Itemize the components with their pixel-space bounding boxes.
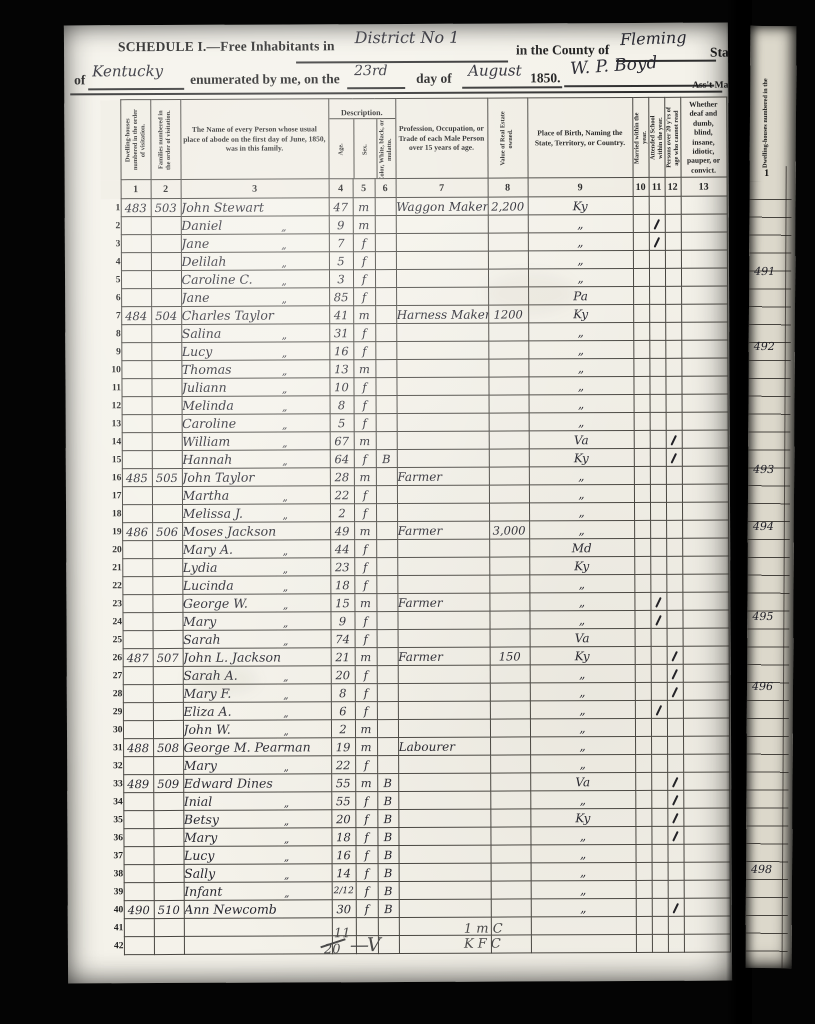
cell-sex: f bbox=[355, 792, 377, 810]
cell-age: 16 bbox=[331, 846, 355, 864]
surname-ditto-mark: „ bbox=[283, 510, 288, 521]
cell-family-number: 506 bbox=[152, 522, 182, 540]
cell-dwelling-number bbox=[122, 595, 152, 613]
column-number-13: 13 bbox=[681, 177, 727, 196]
cell-cannot-read-write bbox=[666, 394, 682, 412]
cell-line-number: 23 bbox=[102, 595, 122, 613]
cell-married-within-year bbox=[633, 232, 649, 250]
cell-family-number bbox=[151, 234, 181, 252]
column-number-2: 2 bbox=[151, 179, 181, 198]
underline bbox=[462, 86, 562, 88]
census-table: Dwelling-houses numbered in the order of… bbox=[100, 97, 730, 956]
name-text: Mary bbox=[184, 830, 217, 845]
cell-age: 49 bbox=[330, 522, 354, 540]
cell-dwelling-number bbox=[123, 793, 153, 811]
cell-name: Thomas„ bbox=[181, 360, 329, 379]
cell-sex: m bbox=[354, 468, 376, 486]
cell-attended-school bbox=[649, 250, 665, 268]
cell-line-number: 4 bbox=[101, 253, 121, 271]
name-text: Delilah bbox=[181, 254, 226, 269]
cell-occupation bbox=[396, 377, 488, 395]
cell-dwelling-number bbox=[121, 253, 151, 271]
cell-married-within-year bbox=[633, 304, 649, 322]
cell-name: George W.„ bbox=[182, 594, 330, 613]
cell-married-within-year bbox=[634, 484, 650, 502]
cell-remarks bbox=[682, 502, 728, 520]
pencil-denominator: 20 bbox=[324, 942, 341, 957]
cell-color: B bbox=[376, 450, 397, 468]
name-text: Jane bbox=[181, 236, 209, 251]
cannot-read-tick-mark bbox=[672, 777, 679, 788]
cannot-read-tick-mark bbox=[671, 651, 678, 662]
cell-color: B bbox=[377, 792, 398, 810]
cell-family-number bbox=[152, 414, 182, 432]
surname-ditto-mark: „ bbox=[281, 222, 286, 233]
cell-real-estate-value bbox=[490, 737, 530, 755]
cell-color bbox=[376, 504, 397, 522]
cell-sex: f bbox=[353, 378, 375, 396]
cell-birthplace bbox=[531, 916, 636, 934]
name-text: Caroline bbox=[182, 416, 236, 431]
cell-real-estate-value bbox=[490, 773, 530, 791]
cell-family-number bbox=[151, 342, 181, 360]
year-label: 1850. bbox=[530, 70, 560, 86]
cell-attended-school bbox=[651, 700, 667, 718]
name-text: John Stewart bbox=[181, 200, 264, 215]
cell-line-number: 9 bbox=[101, 343, 121, 361]
cell-married-within-year bbox=[633, 376, 649, 394]
cell-family-number: 509 bbox=[153, 774, 183, 792]
cell-birthplace: „ bbox=[528, 268, 633, 286]
cell-married-within-year bbox=[635, 628, 651, 646]
name-text: Sarah A. bbox=[183, 668, 238, 683]
cell-occupation bbox=[396, 287, 488, 305]
cell-cannot-read-write bbox=[666, 412, 682, 430]
surname-ditto-mark: „ bbox=[283, 708, 288, 719]
cell-family-number bbox=[152, 612, 182, 630]
cell-age: 64 bbox=[330, 450, 354, 468]
cell-color bbox=[376, 612, 397, 630]
cell-family-number bbox=[151, 378, 181, 396]
cell-family-number bbox=[153, 702, 183, 720]
cell-sex: f bbox=[355, 666, 377, 684]
cell-birthplace: „ bbox=[528, 376, 633, 394]
column-number-11: 11 bbox=[649, 177, 665, 196]
cell-name: Caroline C.„ bbox=[181, 270, 329, 289]
cell-attended-school bbox=[652, 862, 668, 880]
surname-ditto-mark: „ bbox=[283, 582, 288, 593]
cell-line-number: 7 bbox=[101, 307, 121, 325]
cell-family-number bbox=[153, 720, 183, 738]
cell-attended-school bbox=[650, 556, 666, 574]
cell-attended-school bbox=[651, 772, 667, 790]
cannot-read-tick-mark bbox=[671, 453, 678, 464]
cell-married-within-year bbox=[636, 844, 652, 862]
cell-occupation bbox=[397, 539, 489, 557]
cell-color bbox=[376, 486, 397, 504]
cell-remarks bbox=[681, 250, 727, 268]
name-text: Lydia bbox=[183, 560, 218, 575]
cell-attended-school bbox=[650, 574, 666, 592]
name-text: Eliza A. bbox=[183, 704, 231, 719]
census-sheet: SCHEDULE I.—Free Inhabitants in District… bbox=[64, 23, 732, 984]
cell-birthplace: „ bbox=[529, 484, 634, 502]
surname-ditto-mark: „ bbox=[282, 420, 287, 431]
cell-color: B bbox=[378, 864, 399, 882]
cell-dwelling-number bbox=[121, 343, 151, 361]
cell-name: John Stewart bbox=[181, 198, 329, 217]
of-label: of bbox=[74, 72, 85, 88]
name-text: Infant bbox=[184, 884, 222, 899]
cell-name: Lucy„ bbox=[181, 342, 329, 361]
name-text: Lucy bbox=[184, 848, 214, 863]
cell-cannot-read-write bbox=[666, 502, 682, 520]
cell-married-within-year bbox=[633, 268, 649, 286]
cell-line-number: 29 bbox=[103, 703, 123, 721]
cell-name: Moses Jackson bbox=[182, 522, 330, 541]
cell-cannot-read-write bbox=[667, 646, 683, 664]
cell-line-number: 40 bbox=[104, 901, 124, 919]
surname-ditto-mark: „ bbox=[282, 330, 287, 341]
cell-attended-school bbox=[652, 880, 668, 898]
cell-sex: f bbox=[354, 576, 376, 594]
schedule-title: SCHEDULE I.—Free Inhabitants in bbox=[118, 38, 335, 55]
cell-occupation bbox=[397, 485, 489, 503]
cannot-read-tick-mark bbox=[672, 813, 679, 824]
cell-remarks bbox=[681, 340, 727, 358]
cell-occupation: Farmer bbox=[397, 467, 489, 485]
surname-ditto-mark: „ bbox=[281, 240, 286, 251]
cell-occupation bbox=[397, 575, 489, 593]
cell-age: 2 bbox=[331, 720, 355, 738]
cell-dwelling-number bbox=[121, 379, 151, 397]
cell-line-number: 1 bbox=[101, 199, 121, 217]
cell-dwelling-number: 484 bbox=[121, 307, 151, 325]
cell-line-number: 28 bbox=[103, 685, 123, 703]
cell-name: Infant„ bbox=[184, 882, 332, 901]
cell-name: George M. Pearman bbox=[183, 738, 331, 757]
cell-birthplace: „ bbox=[529, 394, 634, 412]
cell-married-within-year bbox=[633, 214, 649, 232]
cell-remarks bbox=[683, 700, 729, 718]
name-text: John L. Jackson bbox=[183, 650, 281, 665]
cell-real-estate-value bbox=[490, 755, 530, 773]
cell-line-number: 34 bbox=[103, 793, 123, 811]
cell-line-number: 11 bbox=[101, 379, 121, 397]
name-text: Lucinda bbox=[183, 578, 234, 593]
cell-birthplace: „ bbox=[530, 736, 635, 754]
cell-family-number bbox=[152, 576, 182, 594]
next-page-dwelling-number: 492 bbox=[754, 340, 775, 353]
cell-dwelling-number: 485 bbox=[122, 469, 152, 487]
surname-ditto-mark: „ bbox=[283, 564, 288, 575]
cell-occupation bbox=[397, 395, 489, 413]
cell-name: Sally„ bbox=[184, 864, 332, 883]
cell-age: 8 bbox=[331, 684, 355, 702]
cell-age: 3 bbox=[329, 270, 353, 288]
name-text: John W. bbox=[183, 722, 230, 737]
cell-married-within-year bbox=[635, 682, 651, 700]
cell-sex: f bbox=[356, 900, 378, 918]
surname-ditto-mark: „ bbox=[284, 888, 289, 899]
name-text: Mary bbox=[184, 758, 217, 773]
cell-real-estate-value bbox=[489, 557, 529, 575]
school-tick-mark bbox=[656, 705, 663, 716]
next-page-dwelling-number: 494 bbox=[753, 520, 774, 533]
cell-sex: f bbox=[354, 540, 376, 558]
cell-cannot-read-write bbox=[667, 826, 683, 844]
col-header-cannot-read: Persons over 20 y'rs of age who cannot r… bbox=[664, 97, 680, 177]
cell-dwelling-number bbox=[121, 217, 151, 235]
next-page-dwelling-number: 495 bbox=[752, 610, 773, 623]
cell-name: Daniel„ bbox=[181, 216, 329, 235]
cell-cannot-read-write bbox=[666, 610, 682, 628]
cell-color bbox=[376, 540, 397, 558]
cell-age: 67 bbox=[330, 432, 354, 450]
cell-real-estate-value bbox=[488, 323, 528, 341]
cell-married-within-year bbox=[633, 196, 649, 214]
cell-occupation bbox=[398, 683, 490, 701]
cell-married-within-year bbox=[635, 664, 651, 682]
cell-dwelling-number bbox=[123, 685, 153, 703]
cell-married-within-year bbox=[634, 448, 650, 466]
surname-ditto-mark: „ bbox=[283, 618, 288, 629]
surname-ditto-mark: „ bbox=[282, 402, 287, 413]
cell-attended-school bbox=[649, 214, 665, 232]
cell-cannot-read-write bbox=[668, 880, 684, 898]
cell-dwelling-number bbox=[123, 847, 153, 865]
cell-age: 15 bbox=[330, 594, 354, 612]
cell-family-number bbox=[152, 450, 182, 468]
cell-real-estate-value bbox=[489, 413, 529, 431]
cell-married-within-year bbox=[635, 646, 651, 664]
cell-occupation bbox=[397, 557, 489, 575]
cell-sex: f bbox=[354, 558, 376, 576]
cell-married-within-year bbox=[636, 934, 652, 952]
cell-name bbox=[184, 918, 332, 937]
cell-occupation bbox=[399, 899, 491, 917]
cell-sex: f bbox=[355, 846, 377, 864]
cell-attended-school bbox=[651, 682, 667, 700]
cell-real-estate-value bbox=[490, 629, 530, 647]
cell-remarks bbox=[683, 790, 729, 808]
cell-family-number: 508 bbox=[153, 738, 183, 756]
surname-ditto-mark: „ bbox=[284, 852, 289, 863]
cell-occupation bbox=[397, 503, 489, 521]
cell-dwelling-number bbox=[123, 703, 153, 721]
cell-attended-school bbox=[651, 826, 667, 844]
cell-age: 55 bbox=[331, 792, 355, 810]
surname-ditto-mark: „ bbox=[282, 384, 287, 395]
cell-attended-school bbox=[650, 394, 666, 412]
cell-attended-school bbox=[651, 736, 667, 754]
description-group-label: Description. bbox=[329, 107, 395, 119]
cell-cannot-read-write bbox=[667, 718, 683, 736]
cell-birthplace: „ bbox=[528, 340, 633, 358]
cell-attended-school bbox=[652, 934, 668, 952]
cell-married-within-year bbox=[634, 466, 650, 484]
column-number-5: 5 bbox=[353, 179, 375, 198]
cell-attended-school bbox=[649, 322, 665, 340]
cell-line-number: 33 bbox=[103, 775, 123, 793]
cell-birthplace: Pa bbox=[528, 286, 633, 304]
cell-age: 18 bbox=[331, 828, 355, 846]
cell-color bbox=[376, 432, 397, 450]
cell-family-number bbox=[152, 486, 182, 504]
cell-remarks bbox=[681, 358, 727, 376]
surname-ditto-mark: „ bbox=[283, 726, 288, 737]
surname-ditto-mark: „ bbox=[282, 366, 287, 377]
cell-occupation: Harness Maker bbox=[396, 305, 488, 323]
name-text: Juliann bbox=[182, 380, 227, 395]
cell-remarks bbox=[682, 538, 728, 556]
cell-occupation bbox=[398, 629, 490, 647]
cell-occupation: Waggon Maker bbox=[396, 197, 488, 215]
cell-sex: m bbox=[355, 774, 377, 792]
name-text: Caroline C. bbox=[181, 272, 252, 287]
cell-line-number: 21 bbox=[102, 559, 122, 577]
cell-color bbox=[375, 198, 396, 216]
cell-sex: f bbox=[353, 234, 375, 252]
cell-family-number bbox=[151, 288, 181, 306]
cell-married-within-year bbox=[636, 898, 652, 916]
cell-family-number bbox=[152, 594, 182, 612]
cell-cannot-read-write bbox=[665, 340, 681, 358]
cell-birthplace: „ bbox=[528, 322, 633, 340]
cell-line-number: 20 bbox=[102, 541, 122, 559]
next-page-dwelling-number: 493 bbox=[753, 463, 774, 476]
cell-age: 74 bbox=[331, 630, 355, 648]
cell-sex: f bbox=[355, 702, 377, 720]
name-text: Sally bbox=[184, 866, 215, 881]
cell-birthplace: Ky bbox=[530, 646, 635, 664]
pencil-fraction-note: 11 20 —V bbox=[320, 926, 440, 971]
next-page-dwelling-number: 498 bbox=[751, 863, 772, 876]
header-rule bbox=[70, 91, 722, 95]
cell-married-within-year bbox=[634, 574, 650, 592]
school-tick-mark bbox=[654, 219, 661, 230]
cell-family-number bbox=[151, 324, 181, 342]
cell-real-estate-value: 1200 bbox=[488, 305, 528, 323]
cell-married-within-year bbox=[634, 502, 650, 520]
cell-color bbox=[375, 342, 396, 360]
cell-age: 28 bbox=[330, 468, 354, 486]
cell-married-within-year bbox=[636, 862, 652, 880]
cell-sex: f bbox=[353, 324, 375, 342]
cell-sex: f bbox=[355, 756, 377, 774]
cell-birthplace: „ bbox=[529, 520, 634, 538]
cell-real-estate-value bbox=[488, 233, 528, 251]
cell-occupation: Farmer bbox=[397, 521, 489, 539]
cell-line-number: 38 bbox=[104, 865, 124, 883]
cell-dwelling-number bbox=[122, 613, 152, 631]
cell-sex: f bbox=[353, 270, 375, 288]
cell-line-number: 42 bbox=[104, 937, 124, 955]
cell-real-estate-value: 2,200 bbox=[488, 197, 528, 215]
pencil-note: 1 m C K F C bbox=[464, 922, 503, 952]
cell-family-number bbox=[151, 360, 181, 378]
cell-sex: f bbox=[353, 342, 375, 360]
cell-sex: f bbox=[354, 486, 376, 504]
cell-attended-school bbox=[650, 466, 666, 484]
cell-family-number bbox=[151, 252, 181, 270]
cell-name: Caroline„ bbox=[182, 414, 330, 433]
cell-birthplace: „ bbox=[531, 898, 636, 916]
cell-real-estate-value bbox=[489, 449, 529, 467]
cell-married-within-year bbox=[633, 358, 649, 376]
cell-remarks bbox=[681, 376, 727, 394]
surname-ditto-mark: „ bbox=[281, 258, 286, 269]
surname-ditto-mark: „ bbox=[283, 690, 288, 701]
cell-line-number: 12 bbox=[102, 397, 122, 415]
cell-birthplace: „ bbox=[529, 574, 634, 592]
line-number-header bbox=[100, 100, 120, 180]
cell-birthplace: Ky bbox=[530, 808, 635, 826]
surname-ditto-mark: „ bbox=[282, 348, 287, 359]
cell-age: 16 bbox=[329, 342, 353, 360]
cell-real-estate-value bbox=[488, 251, 528, 269]
cell-remarks bbox=[682, 574, 728, 592]
cell-dwelling-number: 490 bbox=[124, 901, 154, 919]
cell-remarks bbox=[683, 808, 729, 826]
column-number-9: 9 bbox=[528, 177, 633, 196]
pencil-check-mark: —V bbox=[350, 934, 379, 956]
cell-family-number bbox=[153, 630, 183, 648]
cell-name: Martha„ bbox=[182, 486, 330, 505]
cell-cannot-read-write bbox=[668, 934, 684, 952]
cell-age: 20 bbox=[331, 666, 355, 684]
cell-real-estate-value bbox=[490, 683, 530, 701]
cell-occupation: Farmer bbox=[398, 647, 490, 665]
cell-dwelling-number bbox=[123, 721, 153, 739]
col-header-value: Value of Real Estate owned. bbox=[487, 98, 527, 178]
cell-attended-school bbox=[652, 916, 668, 934]
cell-dwelling-number: 486 bbox=[122, 523, 152, 541]
cell-occupation bbox=[397, 413, 489, 431]
cell-line-number: 32 bbox=[103, 757, 123, 775]
day-handwritten: 23rd bbox=[354, 63, 388, 79]
cell-dwelling-number: 483 bbox=[121, 199, 151, 217]
col-header-color: Color, White, black, or mulatto. bbox=[377, 119, 395, 179]
cell-sex: f bbox=[355, 684, 377, 702]
col-header-dwelling: Dwelling-houses numbered in the order of… bbox=[120, 100, 150, 180]
cell-occupation bbox=[398, 773, 490, 791]
cell-attended-school bbox=[649, 358, 665, 376]
cell-birthplace: „ bbox=[530, 790, 635, 808]
cell-remarks bbox=[684, 934, 730, 952]
cell-occupation bbox=[398, 755, 490, 773]
cell-sex: f bbox=[353, 288, 375, 306]
name-text: Thomas bbox=[182, 362, 232, 377]
cell-real-estate-value bbox=[488, 341, 528, 359]
name-text: Mary A. bbox=[183, 542, 233, 557]
cell-age: 5 bbox=[329, 252, 353, 270]
cell-cannot-read-write bbox=[667, 754, 683, 772]
name-text: Edward Dines bbox=[184, 776, 273, 791]
cell-real-estate-value bbox=[489, 503, 529, 521]
cell-remarks bbox=[683, 754, 729, 772]
cell-attended-school bbox=[649, 340, 665, 358]
cell-name: Melissa J.„ bbox=[182, 504, 330, 523]
cell-real-estate-value bbox=[491, 863, 531, 881]
cell-family-number bbox=[152, 432, 182, 450]
cell-age: 9 bbox=[329, 216, 353, 234]
cell-birthplace: „ bbox=[528, 214, 633, 232]
cell-dwelling-number: 487 bbox=[123, 649, 153, 667]
cannot-read-tick-mark bbox=[672, 687, 679, 698]
cell-line-number: 10 bbox=[101, 361, 121, 379]
col-header-married: Married within the year. bbox=[632, 97, 648, 177]
